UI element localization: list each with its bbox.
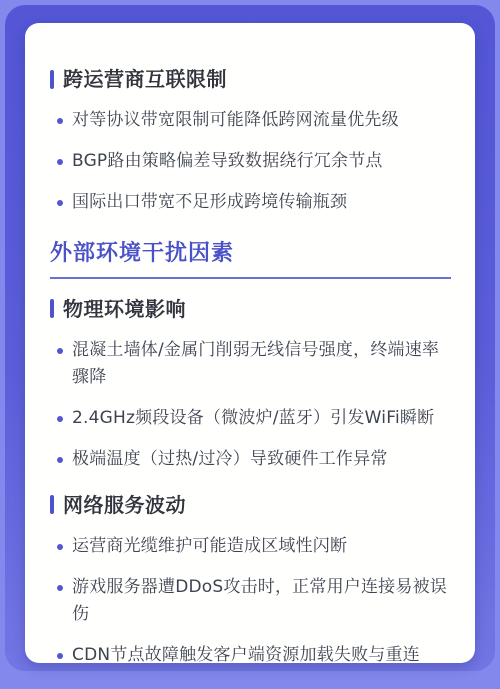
bullet-text: CDN节点故障触发客户端资源加载失败与重连 — [72, 645, 420, 664]
bullet-text: 运营商光缆维护可能造成区域性闪断 — [72, 536, 347, 556]
bullet-dot-icon — [57, 118, 63, 124]
bullet-dot-icon — [57, 653, 63, 659]
bullet-dot-icon — [57, 200, 63, 206]
list-item: 国际出口带宽不足形成跨境传输瓶颈 — [51, 189, 451, 216]
section-title: 物理环境影响 — [63, 297, 186, 321]
bullet-text: 对等协议带宽限制可能降低跨网流量优先级 — [72, 110, 399, 130]
bullet-dot-icon — [57, 544, 63, 550]
content-card: 跨运营商互联限制 对等协议带宽限制可能降低跨网流量优先级 BGP路由策略偏差导致… — [25, 23, 475, 663]
list-item: BGP路由策略偏差导致数据绕行冗余节点 — [51, 148, 451, 175]
list-item: 游戏服务器遭DDoS攻击时，正常用户连接易被误伤 — [51, 574, 451, 628]
bullet-dot-icon — [57, 416, 63, 422]
accent-bar-icon — [50, 70, 54, 89]
page-title-external-factors: 外部环境干扰因素 — [50, 240, 451, 268]
list-item: 对等协议带宽限制可能降低跨网流量优先级 — [51, 107, 451, 134]
bullet-text: 极端温度（过热/过冷）导致硬件工作异常 — [72, 449, 388, 469]
section-title: 网络服务波动 — [63, 493, 186, 517]
accent-bar-icon — [50, 495, 54, 514]
bullet-list-physical: 混凝土墙体/金属门削弱无线信号强度，终端速率骤降 2.4GHz频段设备（微波炉/… — [50, 337, 451, 473]
bullet-text: 2.4GHz频段设备（微波炉/蓝牙）引发WiFi瞬断 — [72, 408, 434, 428]
bullet-list-network: 运营商光缆维护可能造成区域性闪断 游戏服务器遭DDoS攻击时，正常用户连接易被误… — [50, 533, 451, 664]
list-item: 极端温度（过热/过冷）导致硬件工作异常 — [51, 446, 451, 473]
bullet-text: 游戏服务器遭DDoS攻击时，正常用户连接易被误伤 — [72, 577, 447, 624]
section-header-network: 网络服务波动 — [50, 493, 451, 517]
section-title: 跨运营商互联限制 — [63, 67, 227, 91]
bullet-text: 国际出口带宽不足形成跨境传输瓶颈 — [72, 192, 347, 212]
bullet-text: 混凝土墙体/金属门削弱无线信号强度，终端速率骤降 — [72, 340, 439, 387]
list-item: 混凝土墙体/金属门削弱无线信号强度，终端速率骤降 — [51, 337, 451, 391]
bullet-dot-icon — [57, 348, 63, 354]
list-item: CDN节点故障触发客户端资源加载失败与重连 — [51, 642, 451, 664]
divider — [50, 277, 451, 279]
bullet-text: BGP路由策略偏差导致数据绕行冗余节点 — [72, 151, 383, 171]
page-background: { "theme": { "outer_background": "#8388e… — [0, 0, 500, 689]
bullet-list-cross-carrier: 对等协议带宽限制可能降低跨网流量优先级 BGP路由策略偏差导致数据绕行冗余节点 … — [50, 107, 451, 216]
bullet-dot-icon — [57, 159, 63, 165]
accent-bar-icon — [50, 299, 54, 318]
list-item: 运营商光缆维护可能造成区域性闪断 — [51, 533, 451, 560]
section-header-physical: 物理环境影响 — [50, 297, 451, 321]
section-header-cross-carrier: 跨运营商互联限制 — [50, 67, 451, 91]
bullet-dot-icon — [57, 457, 63, 463]
bullet-dot-icon — [57, 585, 63, 591]
list-item: 2.4GHz频段设备（微波炉/蓝牙）引发WiFi瞬断 — [51, 405, 451, 432]
